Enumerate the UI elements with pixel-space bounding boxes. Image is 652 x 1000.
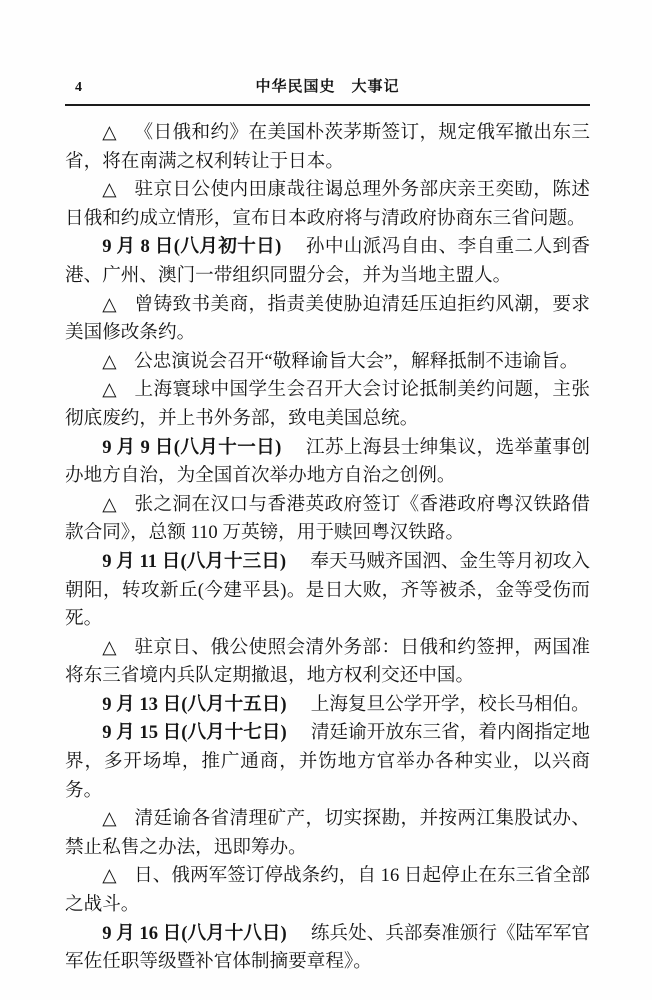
triangle-marker-icon: △ [102, 179, 117, 200]
entry-text: 上海寰球中国学生会召开大会讨论抵制美约问题，主张彻底废约，并上书外务部，致电美国… [65, 379, 590, 429]
triangle-marker-icon: △ [102, 494, 117, 515]
triangle-entry: △清廷谕各省清理矿产，切实探勘，并按两江集股试办、禁止私售之办法，迅即筹办。 [65, 805, 590, 862]
book-page: 4 中华民国史 大事记 △《日俄和约》在美国朴茨茅斯签订，规定俄军撤出东三省，将… [0, 0, 652, 1000]
triangle-marker-icon: △ [102, 379, 117, 400]
entry-text: 上海复旦公学开学，校长马相伯。 [311, 694, 590, 715]
entry-date: 9 月 16 日(八月十八日) [102, 923, 287, 944]
date-entry: 9 月 11 日(八月十三日)奉天马贼齐国泗、金生等月初攻入朝阳，转攻新丘(今建… [65, 548, 590, 634]
entry-text: 驻京日、俄公使照会清外务部：日俄和约签押，两国准将东三省境内兵队定期撤退，地方权… [65, 637, 590, 687]
entry-date: 9 月 11 日(八月十三日) [102, 551, 286, 572]
entry-text: 公忠演说会召开“敬释谕旨大会”，解释抵制不违谕旨。 [134, 351, 578, 372]
entry-text: 清廷谕各省清理矿产，切实探勘，并按两江集股试办、禁止私售之办法，迅即筹办。 [65, 808, 590, 858]
page-number: 4 [65, 79, 82, 97]
triangle-marker-icon: △ [102, 865, 116, 886]
triangle-entry: △驻京日、俄公使照会清外务部：日俄和约签押，两国准将东三省境内兵队定期撤退，地方… [65, 634, 590, 691]
triangle-entry: △日、俄两军签订停战条约，自 16 日起停止在东三省全部之战斗。 [65, 862, 590, 919]
triangle-entry: △驻京日公使内田康哉往谒总理外务部庆亲王奕劻，陈述日俄和约成立情形，宣布日本政府… [65, 176, 590, 233]
triangle-marker-icon: △ [102, 637, 117, 658]
triangle-entry: △曾铸致书美商，指责美使胁迫清廷压迫拒约风潮，要求美国修改条约。 [65, 291, 590, 348]
entry-date: 9 月 8 日(八月初十日) [102, 236, 281, 257]
entry-text: 张之洞在汉口与香港英政府签订《香港政府粤汉铁路借款合同》，总额 110 万英镑，… [65, 494, 590, 544]
entry-date: 9 月 9 日(八月十一日) [102, 437, 281, 458]
entry-text: 驻京日公使内田康哉往谒总理外务部庆亲王奕劻，陈述日俄和约成立情形，宣布日本政府将… [65, 179, 590, 229]
triangle-entry: △公忠演说会召开“敬释谕旨大会”，解释抵制不违谕旨。 [65, 348, 590, 377]
triangle-marker-icon: △ [102, 294, 117, 315]
entry-text: 曾铸致书美商，指责美使胁迫清廷压迫拒约风潮，要求美国修改条约。 [65, 294, 590, 344]
entry-date: 9 月 15 日(八月十七日) [102, 722, 287, 743]
date-entry: 9 月 8 日(八月初十日)孙中山派冯自由、李自重二人到香港、广州、澳门一带组织… [65, 233, 590, 290]
triangle-entry: △张之洞在汉口与香港英政府签订《香港政府粤汉铁路借款合同》，总额 110 万英镑… [65, 491, 590, 548]
page-content: △《日俄和约》在美国朴茨茅斯签订，规定俄军撤出东三省，将在南满之权利转让于日本。… [65, 106, 590, 977]
triangle-entry: △上海寰球中国学生会召开大会讨论抵制美约问题，主张彻底废约，并上书外务部，致电美… [65, 376, 590, 433]
date-entry: 9 月 13 日(八月十五日)上海复旦公学开学，校长马相伯。 [65, 691, 590, 720]
triangle-marker-icon: △ [102, 351, 116, 372]
entry-text: 《日俄和约》在美国朴茨茅斯签订，规定俄军撤出东三省，将在南满之权利转让于日本。 [65, 122, 590, 172]
triangle-entry: △《日俄和约》在美国朴茨茅斯签订，规定俄军撤出东三省，将在南满之权利转让于日本。 [65, 119, 590, 176]
running-title: 中华民国史 大事记 [255, 78, 399, 96]
date-entry: 9 月 16 日(八月十八日)练兵处、兵部奏准颁行《陆军军官军佐任职等级暨补官体… [65, 920, 590, 977]
entry-date: 9 月 13 日(八月十五日) [102, 694, 286, 715]
triangle-marker-icon: △ [102, 808, 117, 829]
date-entry: 9 月 15 日(八月十七日)清廷谕开放东三省，着内阁指定地界，多开场埠，推广通… [65, 719, 590, 805]
entry-text: 日、俄两军签订停战条约，自 16 日起停止在东三省全部之战斗。 [65, 865, 590, 915]
date-entry: 9 月 9 日(八月十一日)江苏上海县士绅集议，选举董事创办地方自治，为全国首次… [65, 434, 590, 491]
triangle-marker-icon: △ [102, 122, 117, 143]
page-header: 4 中华民国史 大事记 [65, 78, 590, 97]
